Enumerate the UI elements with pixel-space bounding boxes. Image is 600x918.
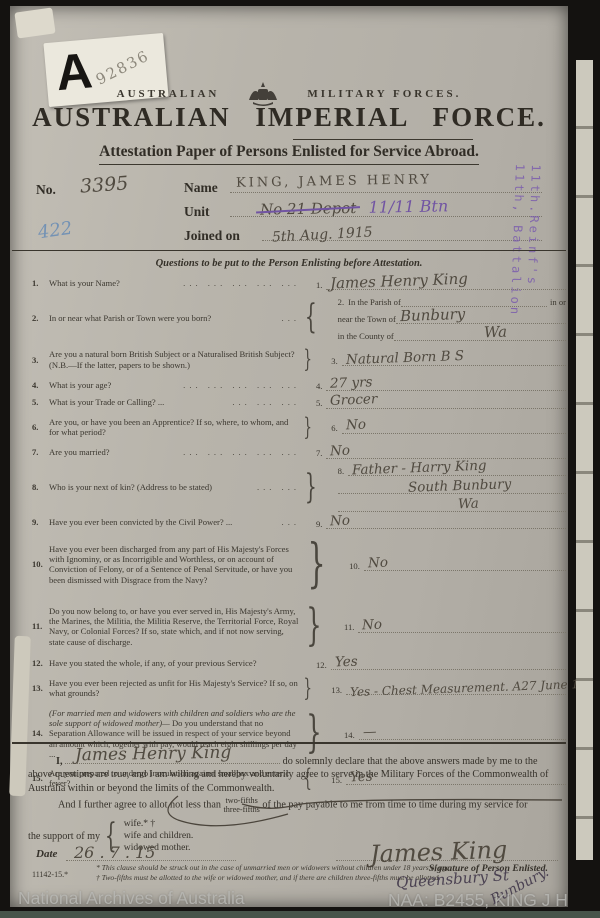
underlying-page-edge [576,60,593,860]
answer-kin-state: Wa [457,495,478,512]
brace-glyph: } [303,413,311,442]
dot-leaders: ... ... ... [232,397,300,407]
service-number-value: 3395 [79,172,129,197]
allot-pre-text: And I further agree to allot not less th… [58,799,221,810]
question-text: Are you, or have you been an Apprentice?… [49,417,300,438]
question-number: 4. [32,380,49,390]
question-number: 3. [32,355,49,365]
name-value: KING, JAMES HENRY [236,172,432,190]
question-row-4: 4. What is your age? ... ... ... ... ...… [32,378,566,391]
section-rule [12,250,566,251]
question-text: Are you a natural born British Subject o… [49,349,300,370]
scan-bottom-edge [0,911,600,918]
dot-leaders: ... [282,313,300,323]
document-title: AUSTRALIAN IMPERIAL FORCE. [10,102,568,133]
question-number: 7. [32,447,49,457]
question-text: What is your age? [49,380,183,390]
answer-number: 10. [349,561,360,571]
unit-value: 11/11 Btn [368,196,448,216]
form-number: 11142-15.* [32,870,68,879]
question-text: Have you ever been discharged from any p… [49,544,300,585]
scanned-attestation-document: A 92836 AUSTRALIAN MILITARY FORCES. AUST… [0,0,600,918]
questions-heading: Questions to be put to the Person Enlist… [10,258,568,269]
question-number: 6. [32,422,49,432]
answer-text: Grocer [330,392,378,410]
question-text: In or near what Parish or Town were you … [49,313,282,323]
answer-text: No [345,417,366,434]
forces-left-text: AUSTRALIAN [117,88,220,100]
fraction-three-fifths: three-fifths [223,805,259,814]
question-text: What is your Name? [49,278,183,288]
in-or-label: in or [550,297,566,307]
question-text: Have you stated the whole, if any, of yo… [49,658,300,668]
answer-text: No [368,554,389,571]
question-text: Who is your next of kin? (Address to be … [49,482,257,492]
questions-table: 1. What is your Name? ... ... ... ... ..… [32,277,566,797]
brace-glyph: } [303,345,311,374]
allot-mid-text: of the pay payable to me from time to ti… [262,799,527,810]
joined-row: Joined on 5th Aug. 1915 [32,222,552,246]
question-number: 1. [32,278,49,288]
question-text: Are you married? [49,447,183,457]
question-number: 13. [32,683,49,693]
signature-line: James King [336,838,558,861]
document-paper: A 92836 AUSTRALIAN MILITARY FORCES. AUST… [10,6,568,907]
answer-number: 1. [316,280,322,290]
county-label: in the County of [338,331,394,341]
answer-text: Yes [334,653,357,670]
answer-number: 9. [316,519,322,529]
question-number: 9. [32,517,49,527]
question-number: 8. [32,482,49,492]
declaration-name-handwritten: James Henry King [75,741,232,766]
joined-date-value: 5th Aug. 1915 [272,224,373,245]
question-row-1: 1. What is your Name? ... ... ... ... ..… [32,277,566,290]
question-row-3: 3. Are you a natural born British Subjec… [32,345,566,374]
answer-number: 11. [344,622,354,632]
question-number: 2. [32,313,49,323]
dot-leaders: ... ... ... ... ... [183,447,300,457]
question-number: 11. [32,621,49,631]
option-wife: wife.* † [124,818,194,830]
torn-paper-edge [14,7,55,38]
answer-number: 4. [316,381,322,391]
question-row-12: 12. Have you stated the whole, if any, o… [32,657,566,670]
question-row-9: 9. Have you ever been convicted by the C… [32,516,566,529]
declaration-paragraph: I, James Henry King do solemnly declare … [28,750,562,795]
parish-label: In the Parish of [348,297,401,307]
question-row-11: 11. Do you now belong to, or have you ev… [32,600,566,653]
dot-leaders: ... ... [257,482,300,492]
answer-number: 3. [331,356,337,366]
date-label: Date [36,848,57,860]
number-label: No. [36,182,56,198]
answer-kin-name: Father - Harry King [352,457,487,478]
question-text: Have you ever been convicted by the Civi… [49,517,282,527]
unit-row: Unit No 21 Depot 11/11 Btn [32,198,552,222]
question-number: 14. [32,728,49,738]
question-number: 10. [32,559,49,569]
answer-number: 13. [331,685,342,695]
service-number-row: No. 3395 Name KING, JAMES HENRY [32,174,552,198]
town-label: near the Town of [338,314,396,324]
brace-glyph: { [305,297,317,338]
answer-number: 5. [316,398,322,408]
dot-leaders: ... ... ... ... ... [183,278,300,288]
name-label: Name [184,180,218,196]
date-handwritten: 26 . 7 . 15 [74,843,155,862]
question-row-2: 2. In or near what Parish or Town were y… [32,294,566,341]
answer-town: Bunbury [400,305,466,325]
unit-label: Unit [184,204,210,220]
enlistment-details: No. 3395 Name KING, JAMES HENRY Unit No … [32,174,552,246]
declaration-name-line: James Henry King [65,750,280,764]
question-row-8: 8. Who is your next of kin? (Address to … [32,463,566,512]
answer-text: No [362,616,383,633]
answer-number: 8. [338,466,344,476]
brace-glyph: } [303,674,311,703]
question-row-13: 13. Have you ever been rejected as unfit… [32,674,566,703]
answer-text: No [330,442,351,459]
answer-kin-address: South Bunbury [407,476,511,496]
allot-fraction: two-fifths three-fifths [223,796,259,814]
watermark-naa-reference: NAA: B2455, KING J H [388,890,568,911]
answer-number: 14. [344,730,355,740]
title-rule [293,139,473,140]
question-row-6: 6. Are you, or have you been an Apprenti… [32,413,566,442]
answer-text: No [330,513,351,530]
document-subtitle: Attestation Paper of Persons Enlisted fo… [99,143,479,165]
brace-glyph: } [305,467,317,508]
answer-number: 6. [331,423,337,433]
forces-right-text: MILITARY FORCES. [307,88,461,100]
answer-number: 12. [316,660,327,670]
answer-name: James Henry King [330,270,468,293]
date-line: 26 . 7 . 15 [66,842,236,861]
answer-text: 27 yrs [330,374,373,392]
dot-leaders: ... [282,517,300,527]
question-text: Have you ever been rejected as unfit for… [49,678,300,699]
answer-blank-dash: — [362,723,376,740]
answer-text: Natural Born B S [345,348,464,368]
declaration-i-label: I, [56,756,63,767]
question-text: Do you now belong to, or have you ever s… [49,606,300,647]
answer-text: Yes - Chest Measurement. A27 June 15 [350,676,587,699]
brace-glyph: } [307,533,325,595]
question-text: What is your Trade or Calling? ... [49,397,232,407]
fraction-two-fifths: two-fifths [223,796,259,805]
answer-county: Wa [483,323,507,342]
question-number: 5. [32,397,49,407]
joined-label: Joined on [184,228,240,244]
brace-glyph: } [306,600,321,653]
watermark-archives: National Archives of Australia [18,888,245,909]
question-row-10: 10. Have you ever been discharged from a… [32,533,566,595]
question-number: 12. [32,658,49,668]
answer-number: 7. [316,448,322,458]
question-row-5: 5. What is your Trade or Calling? ... ..… [32,396,566,409]
dot-leaders: ... ... ... ... ... [183,380,300,390]
unit-crossed-out: No 21 Depot [260,199,357,219]
answer-number: 2. [338,297,344,307]
